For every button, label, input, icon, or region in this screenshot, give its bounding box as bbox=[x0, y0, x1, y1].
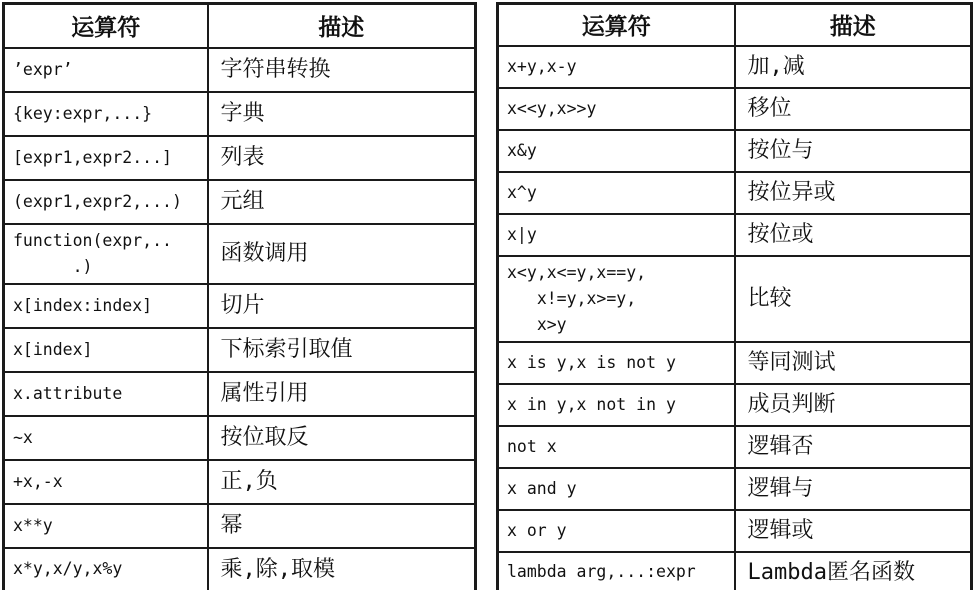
description-cell: 正,负 bbox=[208, 460, 476, 504]
table-row: x.attribute属性引用 bbox=[4, 372, 476, 416]
operator-cell: x is y,x is not y bbox=[498, 342, 735, 384]
table-row: {key:expr,...}字典 bbox=[4, 92, 476, 136]
description-cell: 属性引用 bbox=[208, 372, 476, 416]
description-cell: 按位与 bbox=[735, 130, 972, 172]
operator-cell: x|y bbox=[498, 214, 735, 256]
operator-cell: x&y bbox=[498, 130, 735, 172]
table-row: not x逻辑否 bbox=[498, 426, 972, 468]
description-cell: 元组 bbox=[208, 180, 476, 224]
operator-cell: x**y bbox=[4, 504, 208, 548]
table-row: [expr1,expr2...]列表 bbox=[4, 136, 476, 180]
table-row: x or y逻辑或 bbox=[498, 510, 972, 552]
operator-cell: not x bbox=[498, 426, 735, 468]
description-cell: Lambda匿名函数 bbox=[735, 552, 972, 590]
document-page: 运算符 描述 ’expr’字符串转换{key:expr,...}字典[expr1… bbox=[0, 0, 975, 590]
operator-cell: x and y bbox=[498, 468, 735, 510]
operator-cell: x[index] bbox=[4, 328, 208, 372]
operator-cell: x*y,x/y,x%y bbox=[4, 548, 208, 590]
table-row: x*y,x/y,x%y乘,除,取模 bbox=[4, 548, 476, 590]
table-row: x^y按位异或 bbox=[498, 172, 972, 214]
operator-cell: x or y bbox=[498, 510, 735, 552]
operator-table-left: 运算符 描述 ’expr’字符串转换{key:expr,...}字典[expr1… bbox=[2, 2, 477, 590]
description-cell: 按位取反 bbox=[208, 416, 476, 460]
operator-cell: x<y,x<=y,x==y, x!=y,x>=y, x>y bbox=[498, 256, 735, 342]
table-row: x is y,x is not y等同测试 bbox=[498, 342, 972, 384]
operator-cell: ’expr’ bbox=[4, 48, 208, 92]
operator-cell: +x,-x bbox=[4, 460, 208, 504]
operator-cell: x in y,x not in y bbox=[498, 384, 735, 426]
column-header-description: 描述 bbox=[735, 4, 972, 46]
operator-cell: x<<y,x>>y bbox=[498, 88, 735, 130]
description-cell: 函数调用 bbox=[208, 224, 476, 284]
table-row: x[index]下标索引取值 bbox=[4, 328, 476, 372]
table-row: (expr1,expr2,...)元组 bbox=[4, 180, 476, 224]
operator-cell: x+y,x-y bbox=[498, 46, 735, 88]
description-cell: 列表 bbox=[208, 136, 476, 180]
operator-cell: x[index:index] bbox=[4, 284, 208, 328]
description-cell: 切片 bbox=[208, 284, 476, 328]
table-row: ’expr’字符串转换 bbox=[4, 48, 476, 92]
description-cell: 逻辑或 bbox=[735, 510, 972, 552]
description-cell: 移位 bbox=[735, 88, 972, 130]
table-header-row: 运算符 描述 bbox=[498, 4, 972, 46]
description-cell: 按位或 bbox=[735, 214, 972, 256]
table-row: x|y按位或 bbox=[498, 214, 972, 256]
operator-cell: ~x bbox=[4, 416, 208, 460]
description-cell: 逻辑否 bbox=[735, 426, 972, 468]
table-row: x[index:index]切片 bbox=[4, 284, 476, 328]
operator-cell: x.attribute bbox=[4, 372, 208, 416]
operator-cell: lambda arg,...:expr bbox=[498, 552, 735, 590]
description-cell: 按位异或 bbox=[735, 172, 972, 214]
table-row: +x,-x正,负 bbox=[4, 460, 476, 504]
table-row: x+y,x-y加,减 bbox=[498, 46, 972, 88]
description-cell: 比较 bbox=[735, 256, 972, 342]
operator-cell: x^y bbox=[498, 172, 735, 214]
operator-cell: (expr1,expr2,...) bbox=[4, 180, 208, 224]
table-header-row: 运算符 描述 bbox=[4, 4, 476, 48]
table-row: x and y逻辑与 bbox=[498, 468, 972, 510]
table-row: x&y按位与 bbox=[498, 130, 972, 172]
column-header-description: 描述 bbox=[208, 4, 476, 48]
description-cell: 字典 bbox=[208, 92, 476, 136]
column-header-operator: 运算符 bbox=[4, 4, 208, 48]
description-cell: 等同测试 bbox=[735, 342, 972, 384]
description-cell: 逻辑与 bbox=[735, 468, 972, 510]
operator-cell: [expr1,expr2...] bbox=[4, 136, 208, 180]
operator-table-right: 运算符 描述 x+y,x-y加,减x<<y,x>>y移位x&y按位与x^y按位异… bbox=[496, 2, 973, 590]
table-row: x<y,x<=y,x==y, x!=y,x>=y, x>y比较 bbox=[498, 256, 972, 342]
operator-cell: function(expr,.. .) bbox=[4, 224, 208, 284]
operator-cell: {key:expr,...} bbox=[4, 92, 208, 136]
description-cell: 下标索引取值 bbox=[208, 328, 476, 372]
table-row: ~x按位取反 bbox=[4, 416, 476, 460]
table-row: function(expr,.. .)函数调用 bbox=[4, 224, 476, 284]
description-cell: 成员判断 bbox=[735, 384, 972, 426]
description-cell: 乘,除,取模 bbox=[208, 548, 476, 590]
table-row: lambda arg,...:exprLambda匿名函数 bbox=[498, 552, 972, 590]
description-cell: 加,减 bbox=[735, 46, 972, 88]
column-header-operator: 运算符 bbox=[498, 4, 735, 46]
table-row: x in y,x not in y成员判断 bbox=[498, 384, 972, 426]
table-row: x**y幂 bbox=[4, 504, 476, 548]
description-cell: 字符串转换 bbox=[208, 48, 476, 92]
description-cell: 幂 bbox=[208, 504, 476, 548]
table-row: x<<y,x>>y移位 bbox=[498, 88, 972, 130]
